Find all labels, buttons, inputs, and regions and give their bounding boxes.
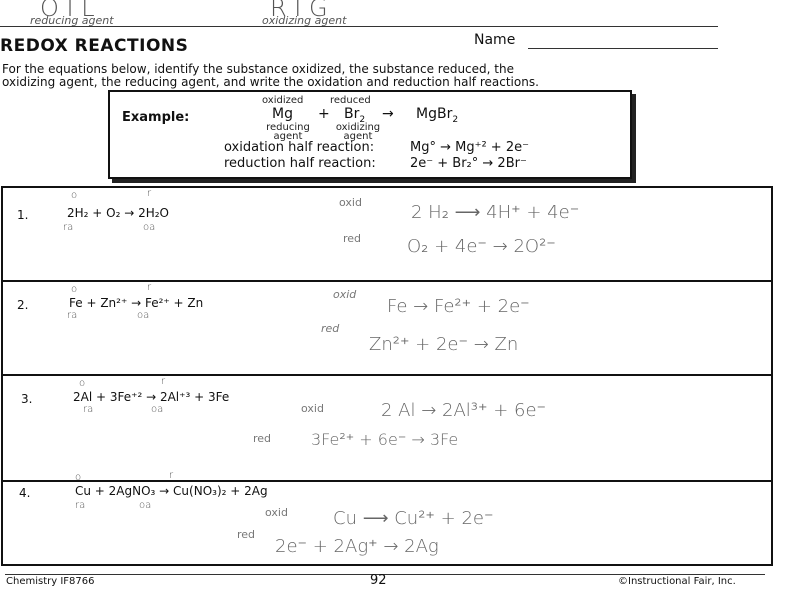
oxidized-mark: o	[71, 284, 77, 295]
oxidation-half-reaction[interactable]: Cu ⟶ Cu²⁺ + 2e⁻	[333, 508, 493, 529]
example-oxidation-equation: Mg° → Mg⁺² + 2e⁻	[410, 140, 529, 155]
reduced-mark: r	[161, 376, 165, 387]
problem-equation: Fe + Zn²⁺ → Fe²⁺ + Zn	[69, 296, 203, 310]
oxid-label: oxid	[339, 196, 362, 209]
instructions-line-2: oxidizing agent, the reducing agent, and…	[2, 75, 539, 89]
example-reduction-label: reduction half reaction:	[224, 156, 376, 171]
name-label: Name	[474, 32, 515, 48]
example-arrow: →	[382, 106, 394, 122]
reduced-mark: r	[169, 470, 173, 481]
problem-number: 2.	[17, 298, 28, 312]
example-reactant-1: Mg	[272, 106, 293, 122]
problems-table: 1. o r 2H₂ + O₂ → 2H₂O ra oa oxid 2 H₂ ⟶…	[1, 186, 773, 566]
page-number: 92	[370, 573, 387, 588]
footer-book-code: Chemistry IF8766	[6, 576, 94, 587]
reduction-half-reaction[interactable]: 3Fe²⁺ + 6e⁻ → 3Fe	[311, 430, 458, 449]
reduced-mark: r	[147, 282, 151, 293]
oxidation-half-reaction[interactable]: 2 Al → 2Al³⁺ + 6e⁻	[381, 400, 546, 421]
problem-equation: Cu + 2AgNO₃ → Cu(NO₃)₂ + 2Ag	[75, 484, 268, 498]
reducing-agent-note: ra	[83, 404, 93, 415]
red-label: red	[253, 432, 271, 445]
example-label: Example:	[122, 110, 189, 125]
reduction-half-reaction[interactable]: O₂ + 4e⁻ → 2O²⁻	[407, 236, 556, 257]
row-divider	[3, 480, 771, 482]
oxidized-mark: o	[79, 378, 85, 389]
reduction-half-reaction[interactable]: Zn²⁺ + 2e⁻ → Zn	[369, 334, 518, 355]
oxidizing-agent-note: oa	[151, 404, 163, 415]
example-oxidized-label: oxidized	[262, 95, 303, 106]
problem-number: 4.	[19, 486, 30, 500]
reduced-mark: r	[147, 188, 151, 199]
page-title: REDOX REACTIONS	[0, 36, 188, 56]
example-plus: +	[318, 106, 330, 122]
header-rule	[0, 26, 718, 27]
red-label: red	[237, 528, 255, 541]
red-label: red	[343, 232, 361, 245]
oxidation-half-reaction[interactable]: Fe → Fe²⁺ + 2e⁻	[387, 296, 530, 317]
reducing-agent-note: ra	[67, 310, 77, 321]
problem-number: 1.	[17, 208, 28, 222]
oxid-label: oxid	[333, 288, 356, 301]
example-reducing-agent-label: reducing agent	[260, 123, 316, 141]
reduction-half-reaction[interactable]: 2e⁻ + 2Ag⁺ → 2Ag	[275, 536, 439, 557]
oxidizing-agent-note: oa	[143, 222, 155, 233]
reducing-agent-note: ra	[75, 500, 85, 511]
oxidation-half-reaction[interactable]: 2 H₂ ⟶ 4H⁺ + 4e⁻	[411, 202, 579, 223]
example-oxidizing-agent-label: oxidizing agent	[330, 123, 386, 141]
reducing-agent-note: ra	[63, 222, 73, 233]
instructions-line-1: For the equations below, identify the su…	[2, 62, 514, 76]
example-oxidation-label: oxidation half reaction:	[224, 140, 374, 155]
oxid-label: oxid	[301, 402, 324, 415]
name-field[interactable]	[528, 48, 718, 49]
red-label: red	[321, 322, 339, 335]
example-reduced-label: reduced	[330, 95, 371, 106]
example-product: MgBr2	[416, 106, 458, 125]
problem-equation: 2Al + 3Fe⁺² → 2Al⁺³ + 3Fe	[73, 390, 229, 404]
example-reduction-equation: 2e⁻ + Br₂° → 2Br⁻	[410, 156, 527, 171]
problem-equation: 2H₂ + O₂ → 2H₂O	[67, 206, 169, 220]
oxidized-mark: o	[75, 472, 81, 483]
problem-number: 3.	[21, 392, 32, 406]
oxidizing-agent-note: oa	[137, 310, 149, 321]
example-box: Example: oxidized reduced Mg + Br2 → MgB…	[108, 90, 632, 179]
oxidized-mark: o	[71, 190, 77, 201]
footer-publisher: ©Instructional Fair, Inc.	[618, 576, 736, 587]
oxid-label: oxid	[265, 506, 288, 519]
oxidizing-agent-note: oa	[139, 500, 151, 511]
row-divider	[3, 374, 771, 376]
row-divider	[3, 280, 771, 282]
